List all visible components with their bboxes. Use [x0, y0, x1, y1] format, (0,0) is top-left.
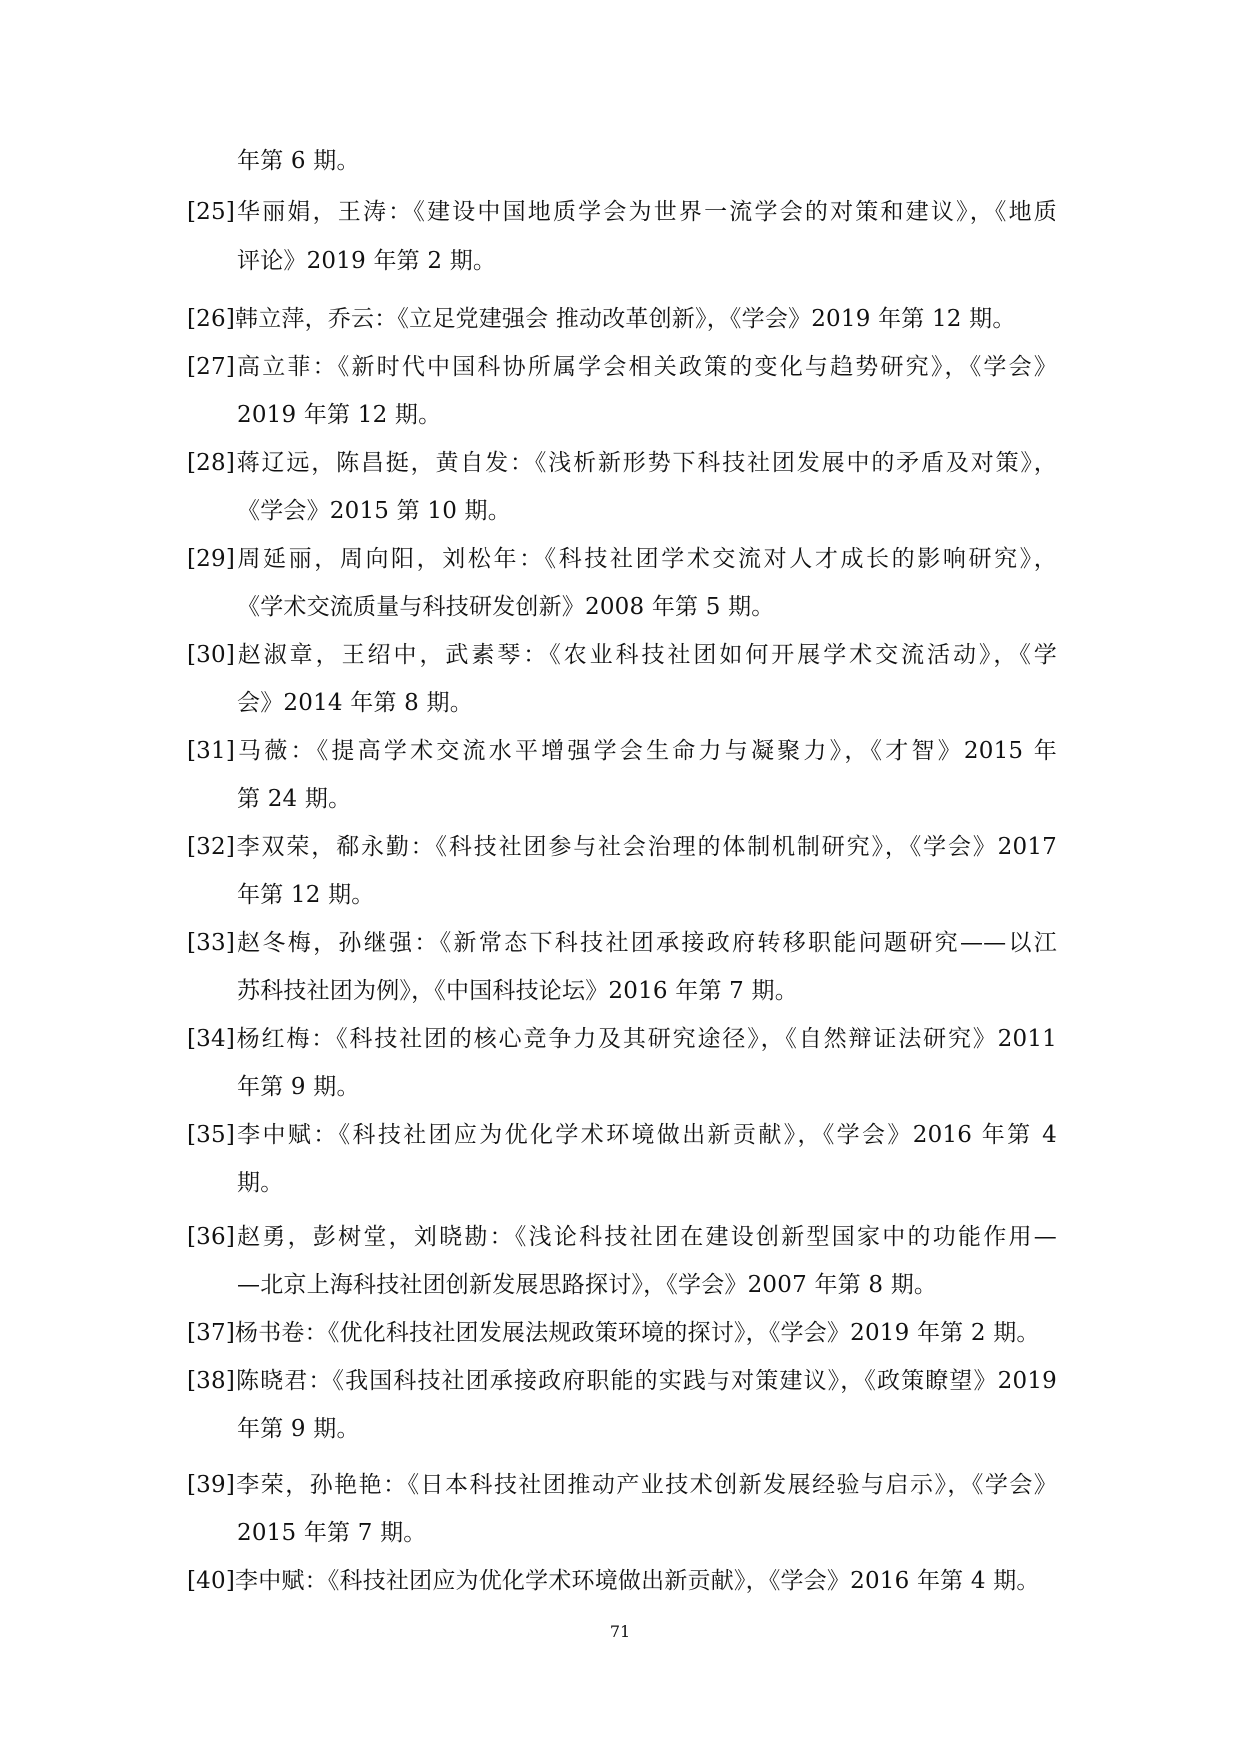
reference-entry-line: [26]韩立萍，乔云：《立足党建强会 推动改革创新》，《学会》2019 年第 1… — [187, 304, 1057, 334]
reference-continuation-line: 《学会》2015 第 10 期。 — [237, 496, 511, 526]
reference-entry-line: [34]杨红梅：《科技社团的核心竞争力及其研究途径》，《自然辩证法研究》2011 — [187, 1024, 1057, 1054]
reference-continuation-line: 期。 — [237, 1168, 283, 1198]
reference-continuation-line: 年第 9 期。 — [237, 1414, 360, 1444]
reference-continuation-line: 会》2014 年第 8 期。 — [237, 688, 473, 718]
reference-continuation-line: —北京上海科技社团创新发展思路探讨》，《学会》2007 年第 8 期。 — [237, 1270, 937, 1300]
reference-continuation-line: 《学术交流质量与科技研发创新》2008 年第 5 期。 — [237, 592, 775, 622]
reference-entry-line: [25]华丽娟，王涛：《建设中国地质学会为世界一流学会的对策和建议》，《地质 — [187, 197, 1057, 227]
reference-continuation-line: 年第 6 期。 — [237, 146, 360, 176]
reference-continuation-line: 2019 年第 12 期。 — [237, 400, 441, 430]
reference-continuation-line: 年第 9 期。 — [237, 1072, 360, 1102]
reference-entry-line: [39]李荣，孙艳艳：《日本科技社团推动产业技术创新发展经验与启示》，《学会》 — [187, 1470, 1057, 1500]
reference-continuation-line: 第 24 期。 — [237, 784, 351, 814]
reference-continuation-line: 2015 年第 7 期。 — [237, 1518, 427, 1548]
reference-entry-line: [31]马薇：《提高学术交流水平增强学会生命力与凝聚力》，《才智》2015 年 — [187, 736, 1057, 766]
reference-entry-line: [27]高立菲：《新时代中国科协所属学会相关政策的变化与趋势研究》，《学会》 — [187, 352, 1057, 382]
reference-entry-line: [36]赵勇，彭树堂，刘晓勘：《浅论科技社团在建设创新型国家中的功能作用— — [187, 1222, 1057, 1252]
reference-entry-line: [30]赵淑章，王绍中，武素琴：《农业科技社团如何开展学术交流活动》，《学 — [187, 640, 1057, 670]
page-number: 71 — [0, 1620, 1240, 1644]
reference-entry-line: [38]陈晓君：《我国科技社团承接政府职能的实践与对策建议》，《政策瞭望》201… — [187, 1366, 1057, 1396]
reference-entry-line: [40]李中赋：《科技社团应为优化学术环境做出新贡献》，《学会》2016 年第 … — [187, 1566, 1057, 1596]
reference-continuation-line: 苏科技社团为例》，《中国科技论坛》2016 年第 7 期。 — [237, 976, 798, 1006]
reference-entry-line: [33]赵冬梅，孙继强：《新常态下科技社团承接政府转移职能问题研究——以江 — [187, 928, 1057, 958]
reference-entry-line: [37]杨书卷：《优化科技社团发展法规政策环境的探讨》，《学会》2019 年第 … — [187, 1318, 1057, 1348]
reference-continuation-line: 评论》2019 年第 2 期。 — [237, 246, 496, 276]
reference-entry-line: [32]李双荣，郗永勤：《科技社团参与社会治理的体制机制研究》，《学会》2017 — [187, 832, 1057, 862]
reference-entry-line: [29]周延丽，周向阳，刘松年：《科技社团学术交流对人才成长的影响研究》， — [187, 544, 1057, 574]
reference-entry-line: [28]蒋辽远，陈昌挺，黄自发：《浅析新形势下科技社团发展中的矛盾及对策》， — [187, 448, 1057, 478]
reference-entry-line: [35]李中赋：《科技社团应为优化学术环境做出新贡献》，《学会》2016 年第 … — [187, 1120, 1057, 1150]
reference-continuation-line: 年第 12 期。 — [237, 880, 375, 910]
